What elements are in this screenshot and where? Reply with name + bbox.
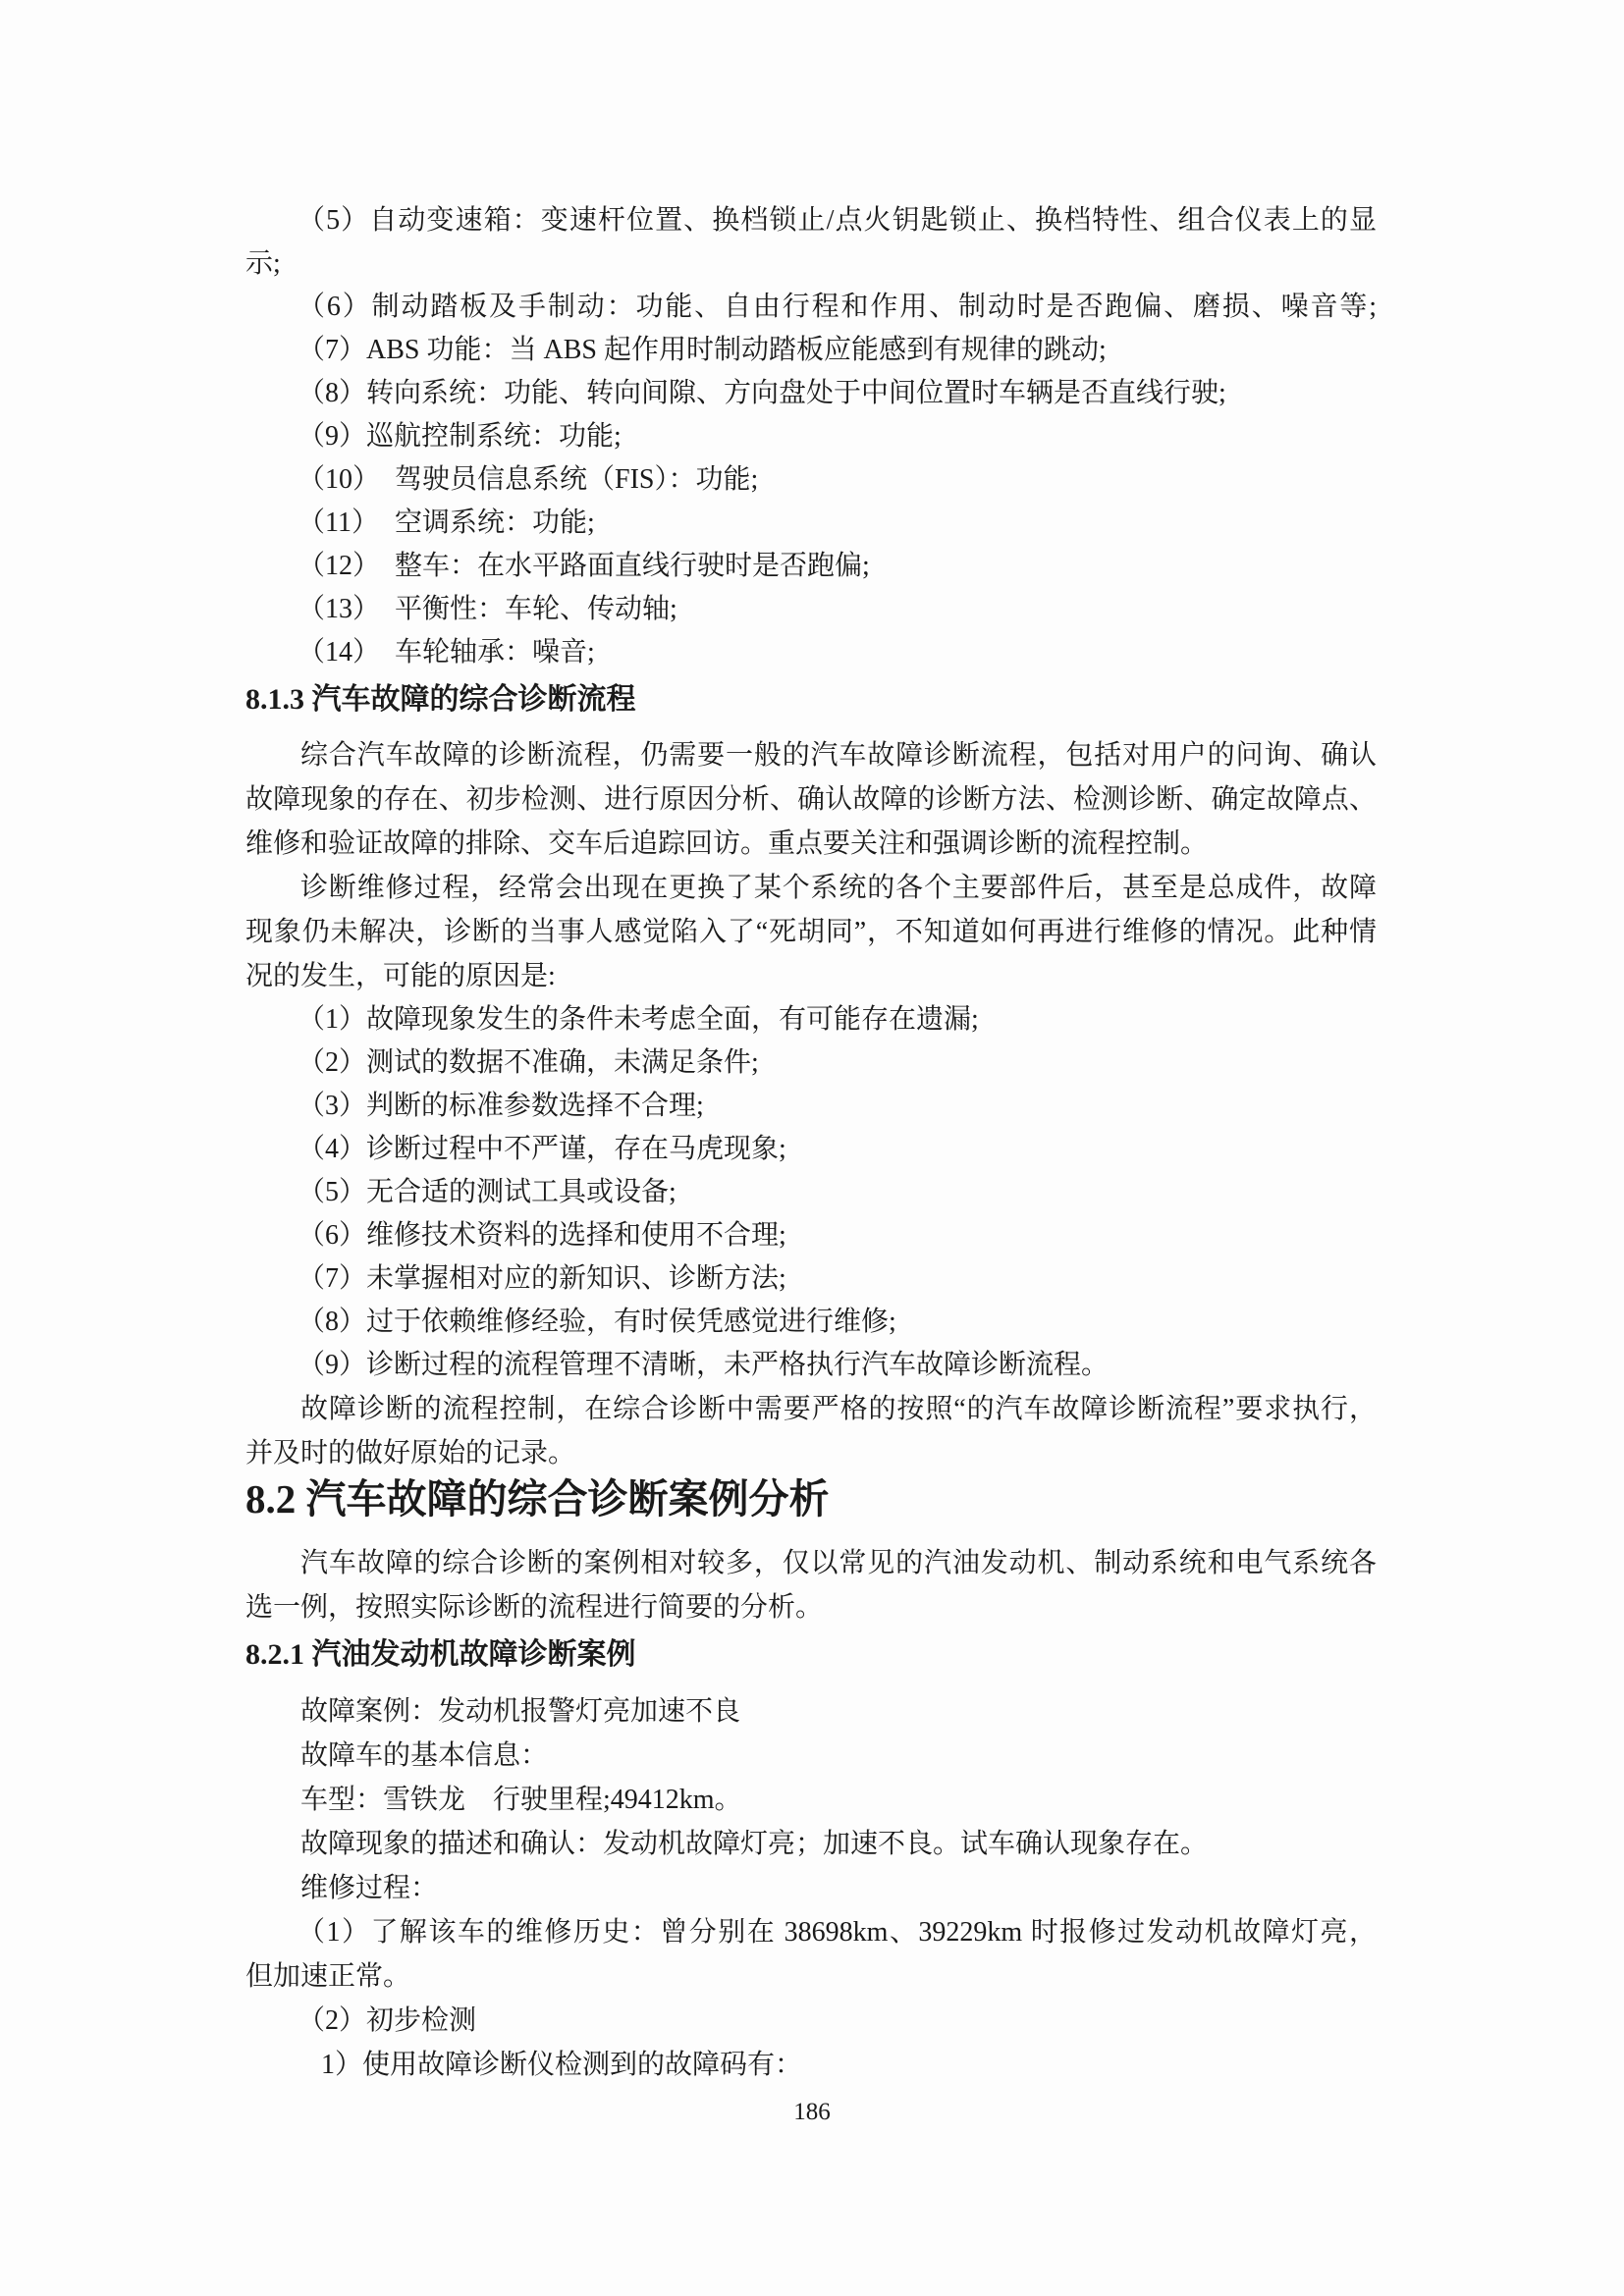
text-line: （5）自动变速箱：变速杆位置、换档锁止/点火钥匙锁止、换档特性、组合仪表上的显 <box>245 199 1377 242</box>
section-heading-8-1-3-text: 8.1.3 汽车故障的综合诊断流程 <box>245 681 1377 719</box>
text-line: （9）诊断过程的流程管理不清晰，未严格执行汽车故障诊断流程。 <box>245 1344 1377 1387</box>
section-heading-8-1-3: 8.1.3 汽车故障的综合诊断流程 <box>245 681 1377 719</box>
section-heading-8-2-1-text: 8.2.1 汽油发动机故障诊断案例 <box>245 1636 1377 1674</box>
text-line: （4）诊断过程中不严谨，存在马虎现象; <box>245 1128 1377 1171</box>
text-line: 并及时的做好原始的记录。 <box>245 1431 1377 1475</box>
inspection-checklist-continued: （5）自动变速箱：变速杆位置、换档锁止/点火钥匙锁止、换档特性、组合仪表上的显示… <box>245 199 1377 674</box>
text-line: 综合汽车故障的诊断流程，仍需要一般的汽车故障诊断流程，包括对用户的问询、确认 <box>245 733 1377 777</box>
text-line: 车型：雪铁龙 行驶里程;49412km。 <box>245 1778 1377 1822</box>
text-line: （1）了解该车的维修历史：曾分别在 38698km、39229km 时报修过发动… <box>245 1910 1377 1954</box>
text-line: （5）无合适的测试工具或设备; <box>245 1171 1377 1214</box>
paragraph-diagnosis-process: 综合汽车故障的诊断流程，仍需要一般的汽车故障诊断流程，包括对用户的问询、确认故障… <box>245 733 1377 866</box>
text-line: 维修过程： <box>245 1866 1377 1910</box>
text-line: （1）故障现象发生的条件未考虑全面，有可能存在遗漏; <box>245 998 1377 1041</box>
text-line: 故障现象的存在、初步检测、进行原因分析、确认故障的诊断方法、检测诊断、确定故障点… <box>245 777 1377 822</box>
text-line: （12）整车：在水平路面直线行驶时是否跑偏; <box>245 545 1377 588</box>
text-line: 故障现象的描述和确认：发动机故障灯亮；加速不良。试车确认现象存在。 <box>245 1822 1377 1866</box>
cause-list: （1）故障现象发生的条件未考虑全面，有可能存在遗漏;（2）测试的数据不准确，未满… <box>245 998 1377 1387</box>
paragraph-process-control: 故障诊断的流程控制，在综合诊断中需要严格的按照“的汽车故障诊断流程”要求执行，并… <box>245 1387 1377 1475</box>
text-line: （3）判断的标准参数选择不合理; <box>245 1085 1377 1128</box>
text-line: （6）维修技术资料的选择和使用不合理; <box>245 1214 1377 1257</box>
text-line: 示; <box>245 242 1377 286</box>
text-line: 诊断维修过程，经常会出现在更换了某个系统的各个主要部件后，甚至是总成件，故障 <box>245 866 1377 910</box>
list-item-number: （14） <box>298 631 395 674</box>
text-line: （2）测试的数据不准确，未满足条件; <box>245 1041 1377 1085</box>
text-line: （7）ABS 功能：当 ABS 起作用时制动踏板应能感到有规律的跳动; <box>245 329 1377 372</box>
text-line: 1）使用故障诊断仪检测到的故障码有： <box>245 2043 1377 2087</box>
text-line: （2）初步检测 <box>245 1999 1377 2043</box>
text-line: （8）过于依赖维修经验，有时侯凭感觉进行维修; <box>245 1301 1377 1344</box>
chapter-heading-8-2-text: 8.2 汽车故障的综合诊断案例分析 <box>245 1474 1377 1523</box>
page-number: 186 <box>0 2099 1624 2126</box>
text-line: 现象仍未解决，诊断的当事人感觉陷入了“死胡同”，不知道如何再进行维修的情况。此种… <box>245 910 1377 954</box>
section-heading-8-2-1: 8.2.1 汽油发动机故障诊断案例 <box>245 1636 1377 1674</box>
case-details: 故障案例：发动机报警灯亮加速不良故障车的基本信息：车型：雪铁龙 行驶里程;494… <box>245 1689 1377 2087</box>
document-page: （5）自动变速箱：变速杆位置、换档锁止/点火钥匙锁止、换档特性、组合仪表上的显示… <box>0 0 1624 2296</box>
text-line: 汽车故障的综合诊断的案例相对较多，仅以常见的汽油发动机、制动系统和电气系统各 <box>245 1541 1377 1585</box>
text-line: 选一例，按照实际诊断的流程进行简要的分析。 <box>245 1585 1377 1629</box>
text-line: （11）空调系统：功能; <box>245 502 1377 545</box>
text-line: 故障诊断的流程控制，在综合诊断中需要严格的按照“的汽车故障诊断流程”要求执行， <box>245 1387 1377 1431</box>
text-line: 故障车的基本信息： <box>245 1734 1377 1778</box>
list-item-number: （12） <box>298 545 395 588</box>
text-line: 况的发生，可能的原因是: <box>245 954 1377 998</box>
text-line: （7）未掌握相对应的新知识、诊断方法; <box>245 1257 1377 1301</box>
text-line: 故障案例：发动机报警灯亮加速不良 <box>245 1689 1377 1734</box>
list-item-number: （11） <box>298 502 395 545</box>
text-line: （10）驾驶员信息系统（FIS）：功能; <box>245 458 1377 502</box>
text-line: （6）制动踏板及手制动：功能、自由行程和作用、制动时是否跑偏、磨损、噪音等; <box>245 286 1377 329</box>
text-line: （8）转向系统：功能、转向间隙、方向盘处于中间位置时车辆是否直线行驶; <box>245 372 1377 415</box>
list-item-number: （13） <box>298 588 395 631</box>
text-line: （9）巡航控制系统：功能; <box>245 415 1377 458</box>
text-line: 但加速正常。 <box>245 1954 1377 1999</box>
chapter-heading-8-2: 8.2 汽车故障的综合诊断案例分析 <box>245 1474 1377 1523</box>
text-line: （13）平衡性：车轮、传动轴; <box>245 588 1377 631</box>
text-line: （14）车轮轴承：噪音; <box>245 631 1377 674</box>
list-item-number: （10） <box>298 458 395 502</box>
text-line: 维修和验证故障的排除、交车后追踪回访。重点要关注和强调诊断的流程控制。 <box>245 822 1377 866</box>
paragraph-case-overview: 汽车故障的综合诊断的案例相对较多，仅以常见的汽油发动机、制动系统和电气系统各选一… <box>245 1541 1377 1629</box>
paragraph-stuck-cases: 诊断维修过程，经常会出现在更换了某个系统的各个主要部件后，甚至是总成件，故障现象… <box>245 866 1377 998</box>
